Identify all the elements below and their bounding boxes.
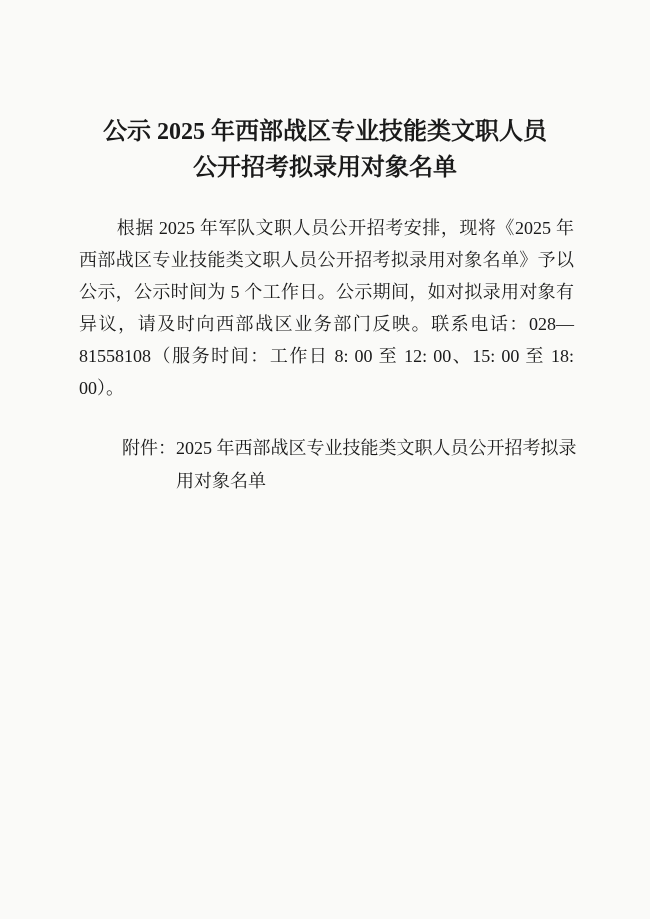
notice-title: 公示 2025 年西部战区专业技能类文职人员 公开招考拟录用对象名单 [0,0,650,186]
attachment-line: 附件：2025 年西部战区专业技能类文职人员公开招考拟录用对象名单 [122,432,582,498]
attachment-text: 2025 年西部战区专业技能类文职人员公开招考拟录用对象名单 [176,438,577,491]
notice-body-paragraph: 根据 2025 年军队文职人员公开招考安排，现将《2025 年西部战区专业技能类… [79,212,574,404]
notice-title-line1: 公示 2025 年西部战区专业技能类文职人员 [0,114,650,150]
notice-document-page: 公示 2025 年西部战区专业技能类文职人员 公开招考拟录用对象名单 根据 20… [0,0,650,919]
attachment-label: 附件： [122,438,176,458]
notice-title-line2: 公开招考拟录用对象名单 [0,150,650,186]
